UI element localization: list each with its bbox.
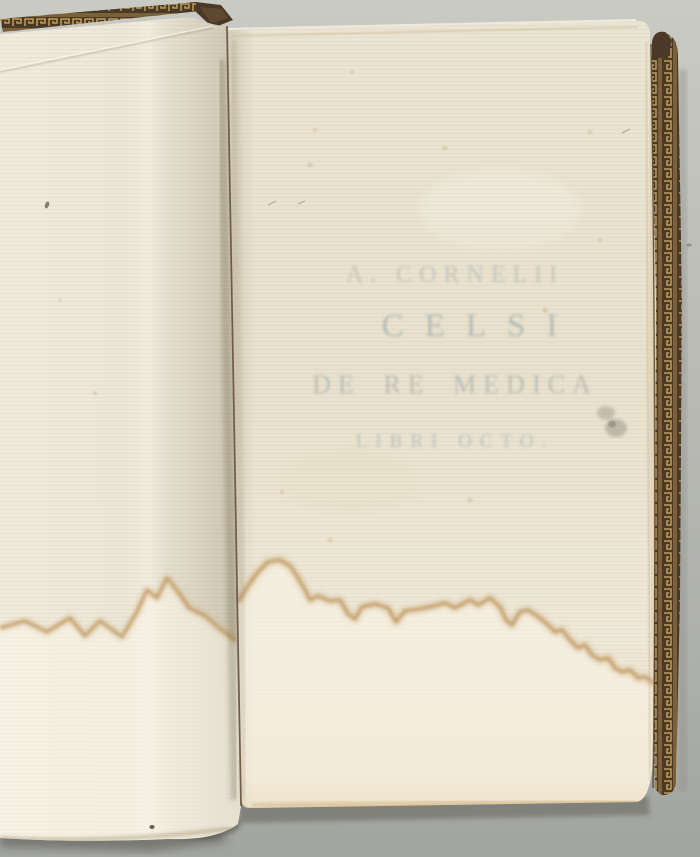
right-page: [212, 0, 665, 857]
book-photo-rendering: [0, 0, 700, 857]
antique-book-photo: A. CORNELII CELSI DE RE MEDICA LIBRI OCT…: [0, 0, 700, 857]
left-page: [0, 0, 245, 857]
